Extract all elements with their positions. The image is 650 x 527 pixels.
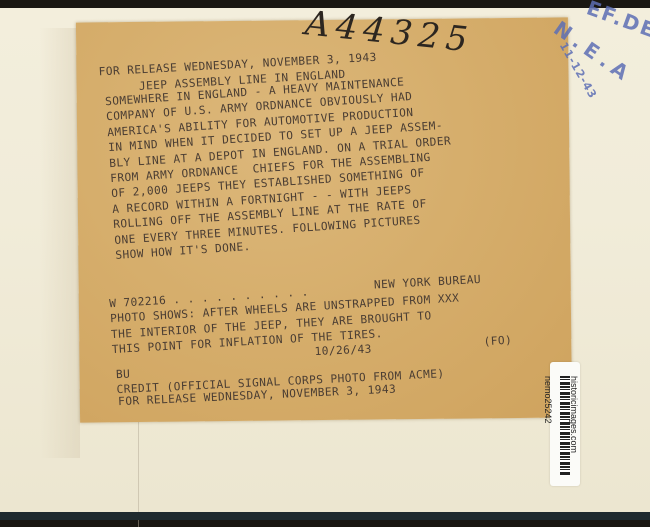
body-text: SOMEWHERE IN ENGLAND - A HEAVY MAINTENAN…	[105, 72, 458, 264]
bu-code: BU	[116, 367, 131, 381]
barcode-label: historicimages.com nemo25242	[550, 362, 580, 486]
barcode-id-text: nemo25242	[543, 376, 553, 424]
crease-line	[138, 408, 139, 527]
caption-sheet: FOR RELEASE WEDNESDAY, NOVEMBER 3, 1943 …	[76, 17, 572, 422]
aged-edge-shadow	[40, 28, 80, 458]
barcode-site-text: historicimages.com	[569, 376, 579, 453]
photo-description: W 702216 . . . . . . . . . .PHOTO SHOWS:…	[109, 276, 462, 358]
fo-code: (FO)	[483, 333, 512, 350]
